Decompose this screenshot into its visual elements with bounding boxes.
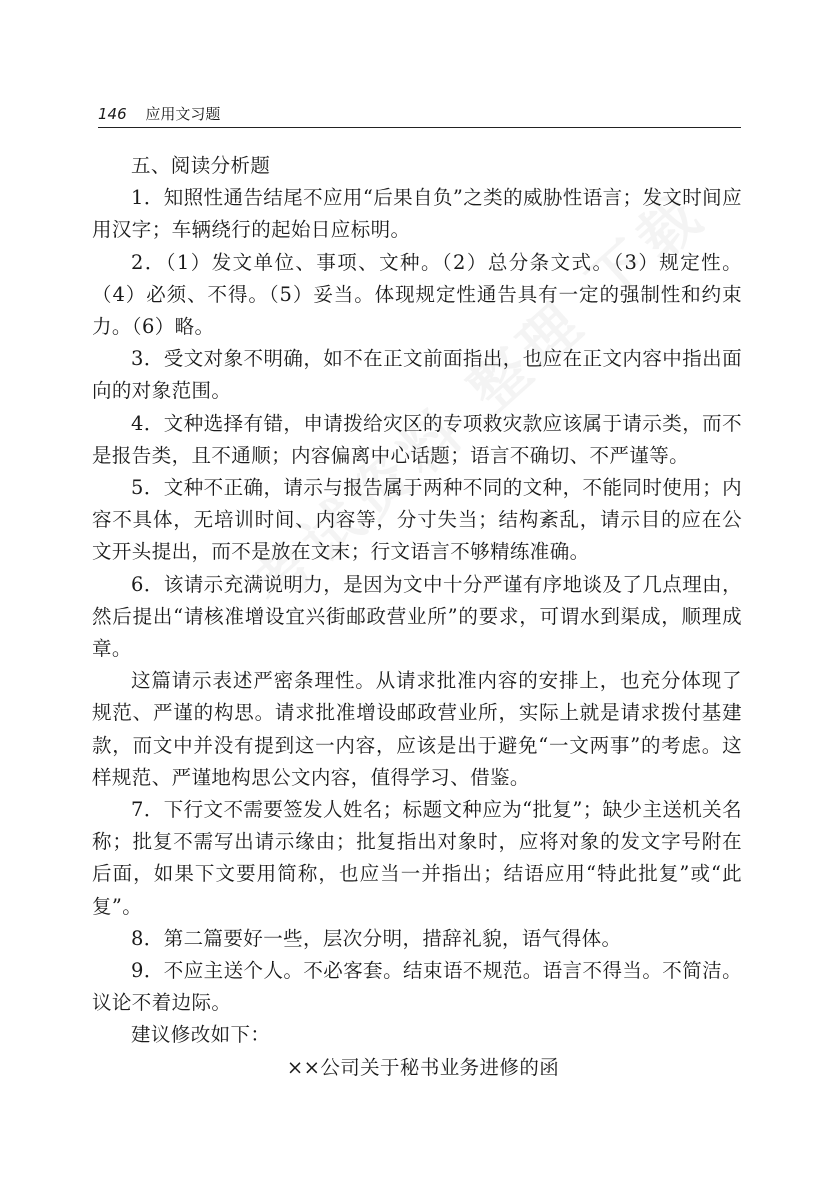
answer-paragraph-6-continued: 这篇请示表述严密条理性。从请求批准内容的安排上，也充分体现了规范、严谨的构思。请… [92,665,742,794]
revised-letter-title: ××公司关于秘书业务进修的函 [92,1052,742,1084]
answer-paragraph-6: 6．该请示充满说明力，是因为文中十分严谨有序地谈及了几点理由，然后提出“请核准增… [92,569,742,666]
answer-paragraph-2: 2．（1）发文单位、事项、文种。（2）总分条文式。（3）规定性。（4）必须、不得… [92,247,742,344]
answer-paragraph-3: 3．受文对象不明确，如不在正文前面指出，也应在正文内容中指出面向的对象范围。 [92,343,742,407]
page-number: 146 [98,103,127,125]
answer-paragraph-4: 4．文种选择有错，申请拨给灾区的专项救灾款应该属于请示类，而不是报告类，且不通顺… [92,408,742,472]
answer-paragraph-8: 8．第二篇要好一些，层次分明，措辞礼貌，语气得体。 [92,923,742,955]
page-header: 146 应用文习题 [98,103,741,128]
page-body: 五、阅读分析题 1．知照性通告结尾不应用“后果自负”之类的威胁性语言；发文时间应… [92,150,742,1084]
running-title: 应用文习题 [145,103,220,125]
answer-paragraph-9: 9．不应主送个人。不必客套。结束语不规范。语言不得当。不简洁。议论不着边际。 [92,955,742,1019]
answer-paragraph-1: 1．知照性通告结尾不应用“后果自负”之类的威胁性语言；发文时间应用汉字；车辆绕行… [92,182,742,246]
section-heading: 五、阅读分析题 [92,150,742,182]
answer-paragraph-5: 5．文种不正确，请示与报告属于两种不同的文种，不能同时使用；内容不具体，无培训时… [92,472,742,569]
revision-intro: 建议修改如下： [92,1019,742,1051]
answer-paragraph-7: 7．下行文不需要签发人姓名；标题文种应为“批复”；缺少主送机关名称；批复不需写出… [92,794,742,923]
